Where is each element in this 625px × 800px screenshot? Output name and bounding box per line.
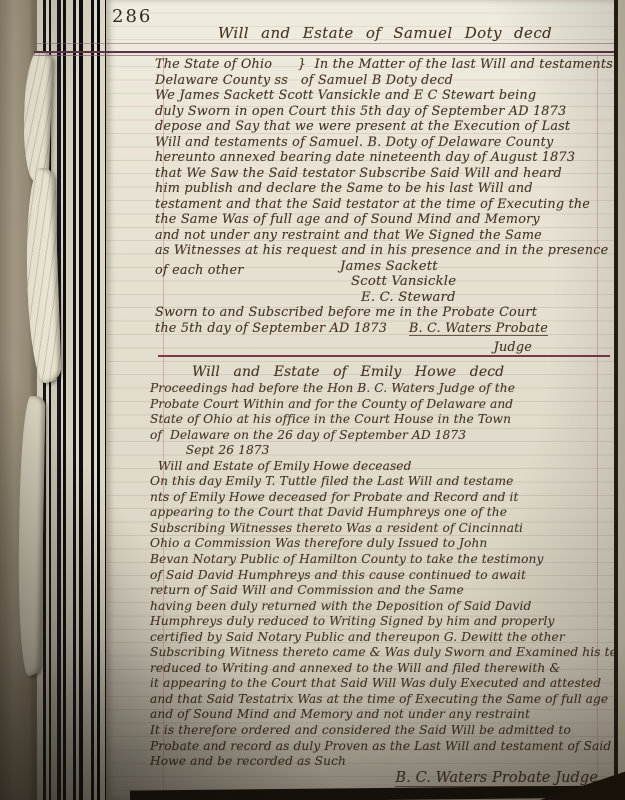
manuscript-line: Bevan Notary Public of Hamilton County t… [150, 552, 612, 568]
manuscript-line: of Delaware on the 26 day of September A… [150, 428, 612, 444]
manuscript-line: the Same Was of full age and of Sound Mi… [155, 212, 610, 228]
entry1-heading: Will and Estate of Samuel Doty decd [160, 24, 610, 42]
manuscript-line: that We Saw the Said testator Subscribe … [155, 166, 610, 182]
entry1-body: The State of Ohio } In the Matter of the… [155, 57, 610, 259]
judge-title: Judge [494, 340, 532, 355]
witness-signature-row: of each other James Sackett [155, 259, 610, 275]
header-rule-line [34, 43, 618, 44]
ledger-book-photo: 286 Will and Estate of Samuel Doty decd … [0, 0, 625, 800]
manuscript-line: Delaware County ss of Samuel B Doty decd [155, 73, 610, 89]
witness-signature: E. C. Steward [361, 290, 456, 306]
manuscript-line: return of Said Will and Commission and t… [150, 583, 612, 599]
manuscript-line: duly Sworn in open Court this 5th day of… [155, 104, 610, 120]
facing-page-edge [618, 0, 625, 800]
manuscript-line: and not under any restraint and that We … [155, 228, 610, 244]
judge-title-row: Judge [155, 336, 610, 352]
manuscript-line: and that Said Testatrix Was at the time … [150, 692, 612, 708]
manuscript-line: Sept 26 1873 [150, 443, 612, 459]
header-rule-line [34, 55, 618, 56]
attestation-row: the 5th day of September AD 1873 B. C. W… [155, 321, 610, 337]
manuscript-line: Will and Estate of Emily Howe deceased [150, 459, 612, 475]
manuscript-line: nts of Emily Howe deceased for Probate a… [150, 490, 612, 506]
manuscript-line: certified by Said Notary Public and ther… [150, 630, 612, 646]
manuscript-line: It is therefore ordered and considered t… [150, 723, 612, 739]
manuscript-line: State of Ohio at his office in the Court… [150, 412, 612, 428]
manuscript-line: testament and that the Said testator at … [155, 197, 610, 213]
manuscript-line: as Witnesses at his request and in his p… [155, 243, 610, 259]
header-rule-line [34, 51, 618, 53]
manuscript-line: Sworn to and Subscribed before me in the… [155, 305, 610, 321]
entry-separator-line [158, 355, 610, 357]
manuscript-line: hereunto annexed bearing date nineteenth… [155, 150, 610, 166]
entry2-heading: Will and Estate of Emily Howe decd [150, 363, 612, 381]
witness-signature: Scott Vansickle [351, 274, 456, 290]
manuscript-line: Will and testaments of Samuel. B. Doty o… [155, 135, 610, 151]
judge-signature: B. C. Waters Probate Judge [395, 770, 598, 787]
manuscript-line: of Said David Humphreys and this cause c… [150, 568, 612, 584]
witness-signature-row: Scott Vansickle [155, 274, 610, 290]
manuscript-line: Humphreys duly reduced to Writing Signed… [150, 614, 612, 630]
manuscript-line: reduced to Writing and annexed to the Wi… [150, 661, 612, 677]
manuscript-line: depose and Say that we were present at t… [155, 119, 610, 135]
manuscript-line: it appearing to the Court that Said Will… [150, 676, 612, 692]
manuscript-line: Subscribing Witnesses thereto Was a resi… [150, 521, 612, 537]
manuscript-line: and of Sound Mind and Memory and not und… [150, 707, 612, 723]
entry2-body: Proceedings had before the Hon B. C. Wat… [150, 381, 612, 770]
manuscript-line: Subscribing Witness thereto came & Was d… [150, 645, 612, 661]
manuscript-line: Ohio a Commission Was therefore duly Iss… [150, 536, 612, 552]
manuscript-line: the 5th day of September AD 1873 [155, 321, 387, 337]
manuscript-line: having been duly returned with the Depos… [150, 599, 612, 615]
witness-signature: James Sackett [340, 259, 438, 275]
manuscript-line: Probate Court Within and for the County … [150, 397, 612, 413]
entry-samuel-doty: The State of Ohio } In the Matter of the… [155, 57, 610, 352]
manuscript-line: Proceedings had before the Hon B. C. Wat… [150, 381, 612, 397]
manuscript-line: The State of Ohio } In the Matter of the… [155, 57, 610, 73]
manuscript-line: Probate and record as duly Proven as the… [150, 739, 612, 755]
entry-emily-howe: Will and Estate of Emily Howe decd Proce… [150, 363, 612, 786]
manuscript-line: We James Sackett Scott Vansickle and E C… [155, 88, 610, 104]
judge-signature: B. C. Waters Probate [409, 321, 548, 337]
page-number: 286 [112, 6, 152, 27]
manuscript-line: him publish and declare the Same to be h… [155, 181, 610, 197]
manuscript-line: appearing to the Court that David Humphr… [150, 505, 612, 521]
manuscript-line: On this day Emily T. Tuttle filed the La… [150, 474, 612, 490]
witness-signature-row: E. C. Steward [155, 290, 610, 306]
